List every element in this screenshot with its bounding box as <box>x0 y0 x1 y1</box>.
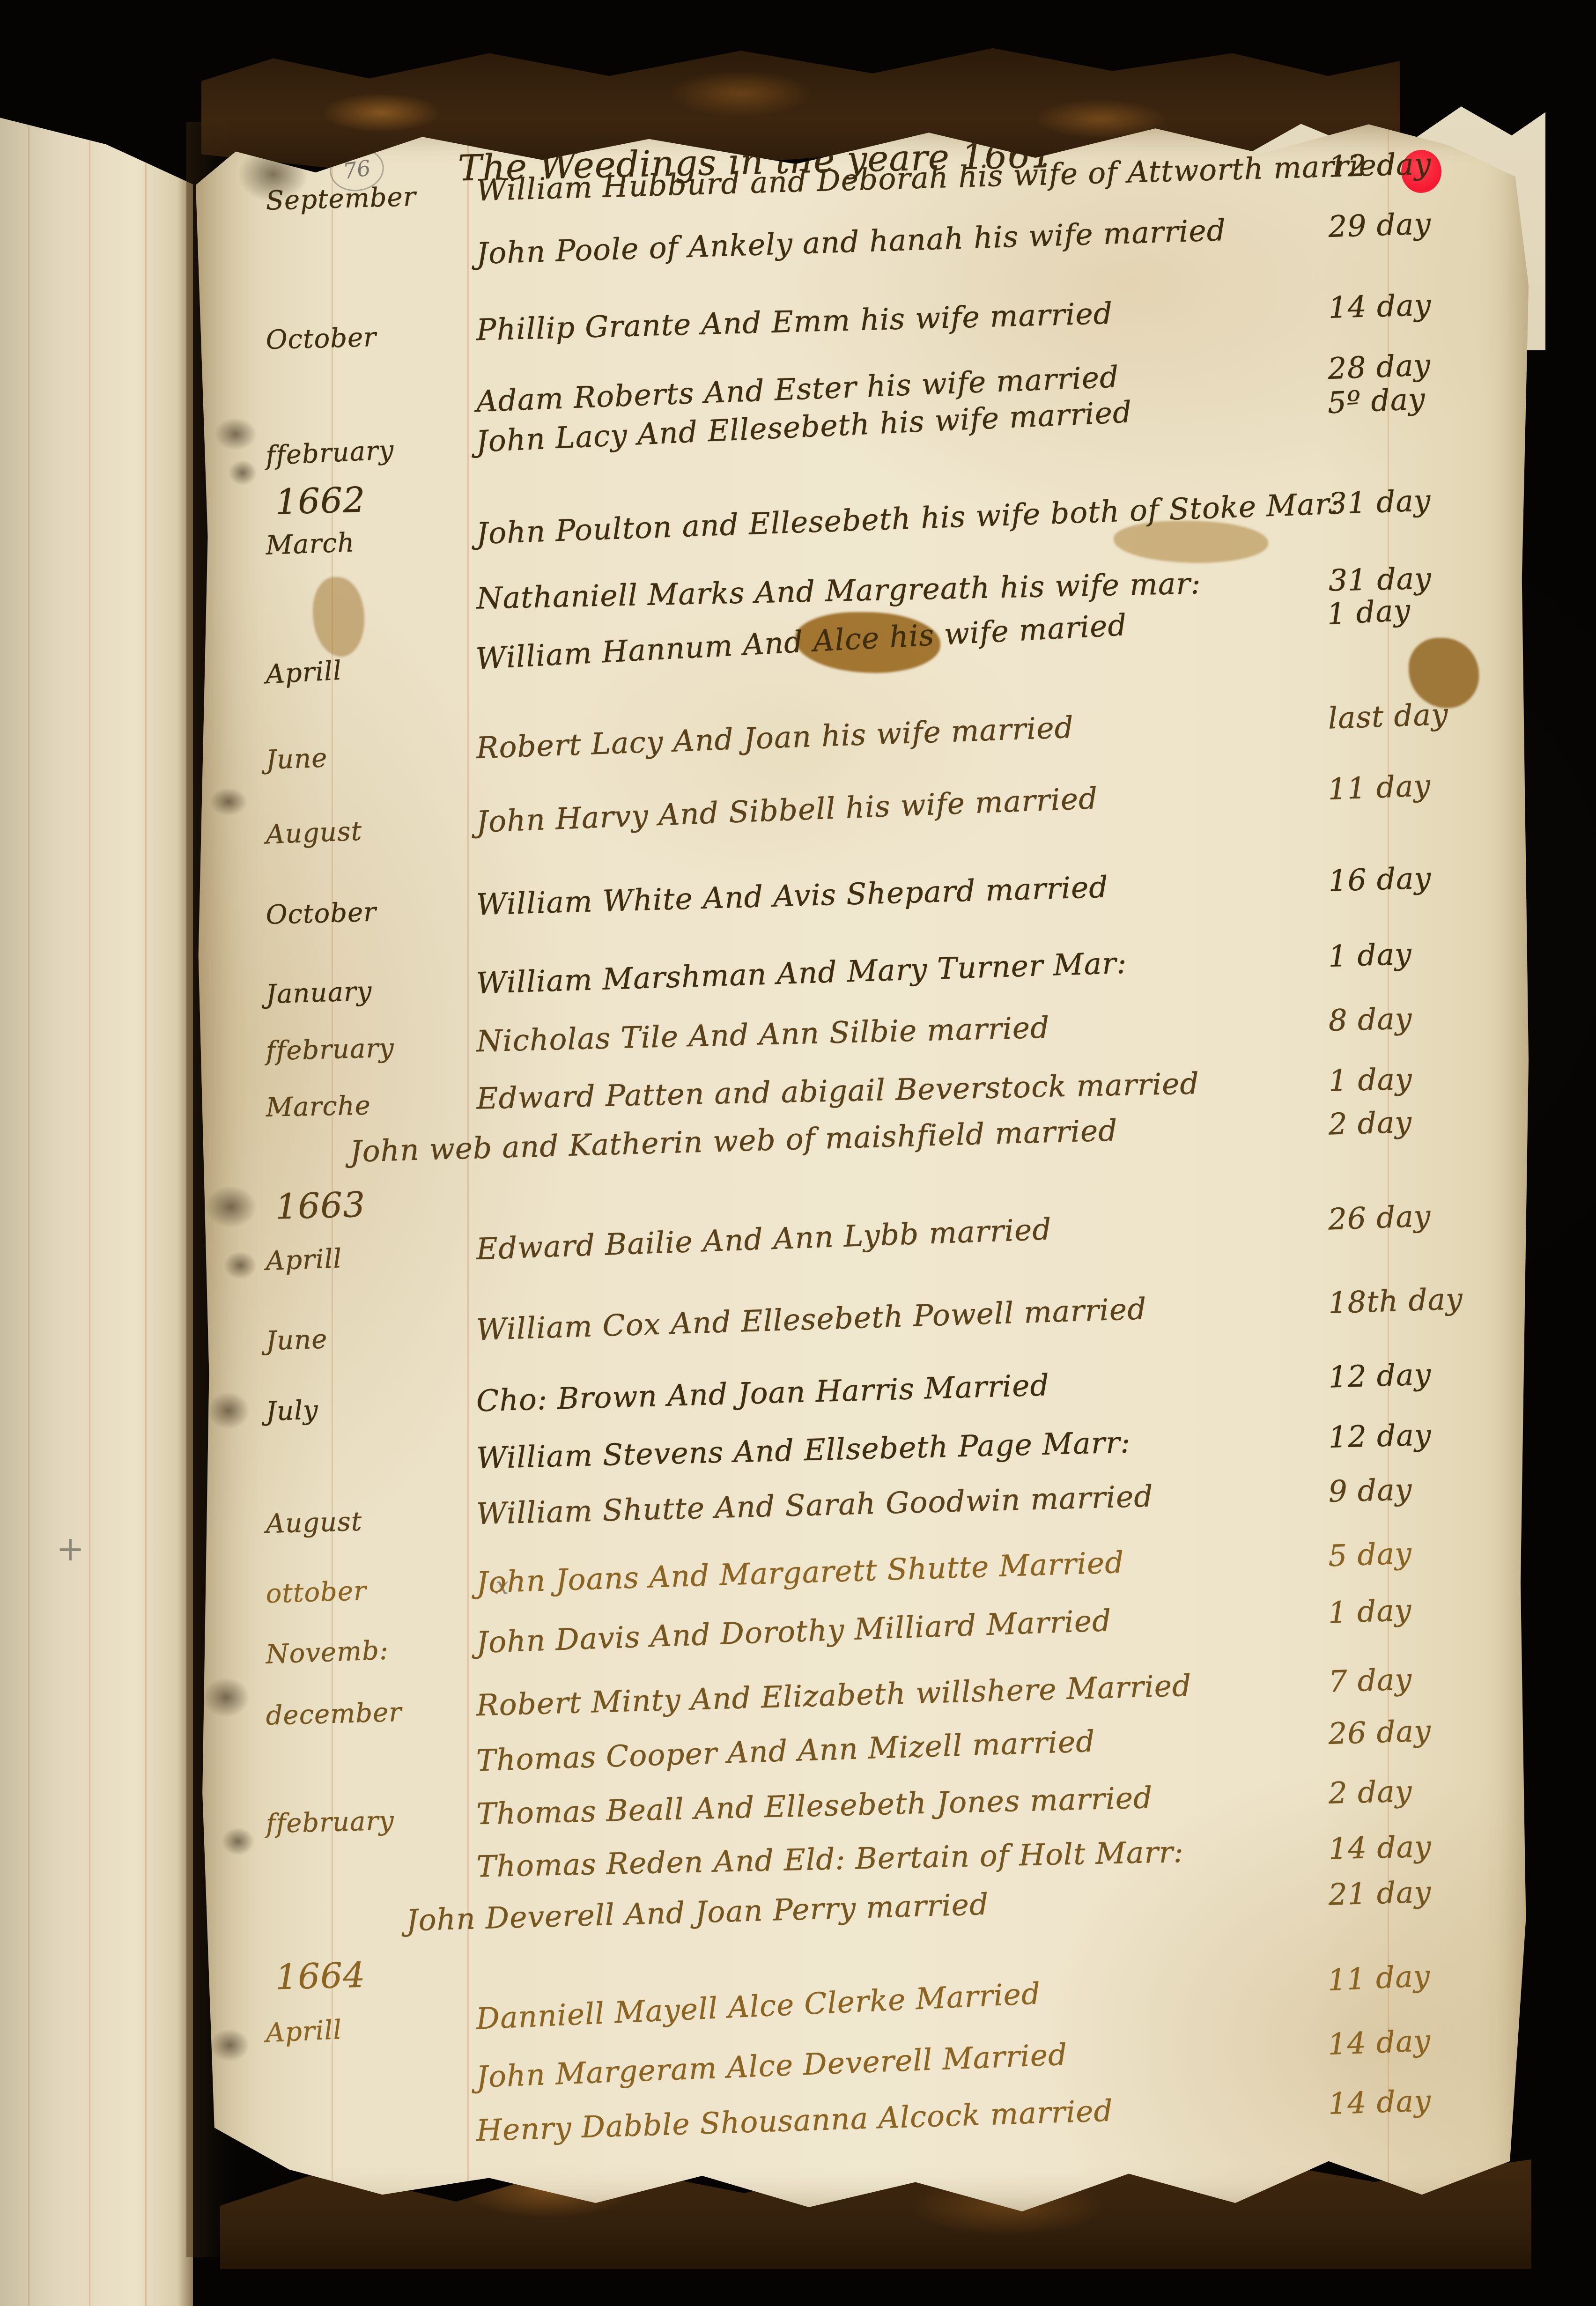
entry-day: 1 day <box>1328 1062 1412 1098</box>
ruled-line <box>89 87 90 2306</box>
entry-month: January <box>266 976 373 1010</box>
year-mark: 1664 <box>275 1955 366 1997</box>
previous-page-edge: + <box>0 87 193 2306</box>
pencil-plus-mark: + <box>56 1529 84 1568</box>
register-entry: June William Cox And Ellesebeth Powell m… <box>195 1280 1526 1373</box>
entry-day: 7 day <box>1328 1662 1413 1699</box>
entry-day: 12 day <box>1328 147 1432 184</box>
entry-day: 1 day <box>1328 937 1412 974</box>
entry-day: 12 day <box>1328 1357 1432 1394</box>
entry-text: Edward Bailie And Ann Lybb married <box>476 1212 1052 1266</box>
entry-day: 8 day <box>1328 1002 1412 1038</box>
register-page: 76 x The Weedings in the yeare 1661 1662… <box>196 118 1529 2211</box>
entry-text: Phillip Grante And Emm his wife married <box>476 296 1113 347</box>
entry-month: June <box>265 743 328 776</box>
entry-day: 5 day <box>1328 1536 1412 1573</box>
entry-month: ottober <box>266 1576 367 1610</box>
entry-day: 29 day <box>1328 207 1432 244</box>
year-mark: 1662 <box>275 480 366 522</box>
entry-day: 26 day <box>1328 1199 1432 1237</box>
entry-day: 18th day <box>1328 1282 1463 1320</box>
entry-day: 11 day <box>1327 769 1431 806</box>
entry-text: Danniell Mayell Alce Clerke Married <box>475 1976 1042 2036</box>
entry-text: William Cox And Ellesebeth Powell marrie… <box>476 1292 1147 1347</box>
entry-day: 5º day <box>1327 382 1426 420</box>
year-mark: 1663 <box>275 1184 366 1227</box>
entry-day: 11 day <box>1327 1959 1431 1997</box>
entry-month: August <box>265 816 362 850</box>
entry-day: 14 day <box>1327 2024 1431 2062</box>
entry-month: March <box>265 527 355 561</box>
entry-month: July <box>266 1395 319 1427</box>
register-entry: Aprill Edward Bailie And Ann Lybb marrie… <box>195 1196 1526 1293</box>
entry-day: 14 day <box>1328 288 1432 325</box>
entry-month: ffebruary <box>265 435 395 471</box>
entry-month: August <box>266 1507 362 1539</box>
entry-day: 2 day <box>1328 1774 1412 1811</box>
entry-day: 1 day <box>1328 1593 1412 1630</box>
entry-day: 26 day <box>1328 1714 1432 1751</box>
ruled-line <box>145 87 147 2306</box>
entry-month: Novemb: <box>265 1635 389 1670</box>
entry-day: 31 day <box>1328 483 1432 521</box>
entry-day: 1 day <box>1326 593 1411 631</box>
faint-writing-fragment: d N day <box>1386 77 1497 112</box>
entry-day: 21 day <box>1328 1875 1432 1912</box>
entry-text: William White And Avis Shepard married <box>476 870 1108 922</box>
entry-day: 12 day <box>1328 1418 1432 1455</box>
entry-text: Nicholas Tile And Ann Silbie married <box>476 1010 1050 1058</box>
entry-text: Robert Lacy And Joan his wife married <box>476 710 1074 766</box>
entry-month: Aprill <box>265 2015 343 2048</box>
stain <box>205 1186 257 1228</box>
entry-month: June <box>266 1324 328 1356</box>
entry-month: Aprill <box>265 656 343 690</box>
entry-day: 2 day <box>1328 1105 1413 1141</box>
entry-text: Robert Minty And Elizabeth willshere Mar… <box>476 1669 1192 1723</box>
entry-day: last day <box>1328 697 1449 736</box>
stain <box>210 788 247 816</box>
entry-day: 14 day <box>1328 2084 1432 2121</box>
entry-text: William Marshman And Mary Turner Mar: <box>476 946 1128 1001</box>
entry-month: September <box>266 182 417 216</box>
entry-text: Nathaniell Marks And Margreath his wife … <box>476 566 1202 615</box>
entry-day: 28 day <box>1327 348 1431 386</box>
register-photograph: d N day + 76 x <box>0 0 1596 2306</box>
entry-month: december <box>266 1697 402 1731</box>
entry-month: Marche <box>266 1090 371 1123</box>
entry-text: John Poulton and Ellesebeth his wife bot… <box>476 487 1341 551</box>
entry-day: 9 day <box>1328 1472 1412 1509</box>
entry-text: Cho: Brown And Joan Harris Married <box>476 1368 1049 1418</box>
entry-day: 16 day <box>1328 861 1432 898</box>
entry-month: ffebruary <box>266 1806 395 1840</box>
entry-text: John Harvy And Sibbell his wife married <box>475 781 1098 839</box>
ruled-line <box>28 87 30 2306</box>
entry-text: Edward Patten and abigail Beverstock mar… <box>476 1066 1200 1116</box>
entry-text: John Joans And Margarett Shutte Married <box>476 1545 1125 1600</box>
entry-month: Aprill <box>265 1243 342 1277</box>
entry-day: 14 day <box>1328 1830 1432 1866</box>
entry-month: ffebruary <box>266 1033 395 1067</box>
register-entry: October William White And Avis Shepard m… <box>195 858 1526 947</box>
entry-month: October <box>266 897 377 931</box>
entry-month: October <box>266 322 377 355</box>
